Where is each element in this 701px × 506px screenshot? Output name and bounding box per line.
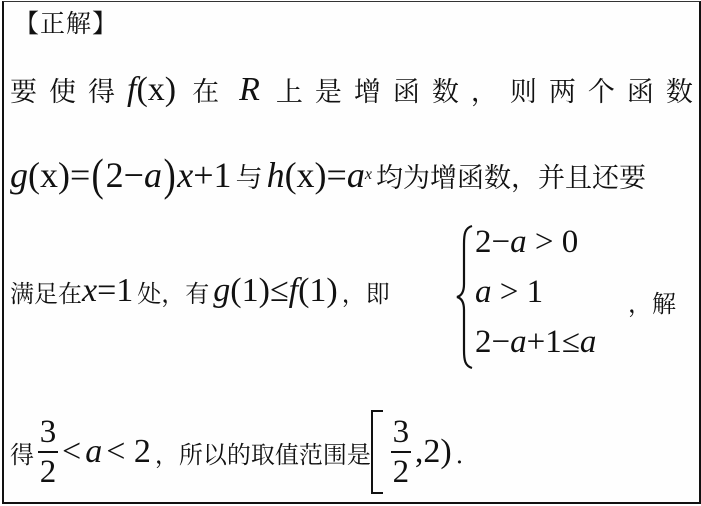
math: a [85, 433, 102, 471]
math: = [70, 154, 90, 196]
math: ( [92, 152, 104, 198]
system-row: 2−a > 0 [475, 224, 578, 261]
math: +1 [193, 154, 231, 196]
math: < [62, 433, 81, 471]
text: ， [471, 70, 498, 109]
math: a [347, 154, 365, 196]
math: (1) [298, 272, 338, 310]
system-row: 2−a+1≤a [475, 324, 596, 361]
math-f: f [127, 71, 136, 109]
math: x [177, 154, 193, 196]
math: g [213, 272, 230, 310]
text: ，即 [342, 274, 390, 309]
solution-heading: 【正解】 [14, 4, 118, 40]
math: (x) [28, 154, 70, 196]
math: f [289, 272, 298, 310]
math: 2− [106, 154, 144, 196]
math: h [267, 154, 285, 196]
math: (1) [230, 272, 270, 310]
text: 在 [192, 70, 219, 109]
text: 使 [49, 70, 76, 109]
text: 则 [510, 70, 537, 109]
text: 函 [393, 70, 420, 109]
math-g: g [10, 154, 28, 196]
math: a [144, 154, 162, 196]
math: = [327, 154, 347, 196]
math: < 2 [106, 433, 151, 471]
line-2: g (x) = ( 2− a ) x +1 与 h (x) = a x 均为增函… [10, 152, 646, 198]
text: 函 [627, 70, 654, 109]
left-brace-icon [455, 224, 475, 370]
fraction: 3 2 [38, 413, 58, 491]
text: 得 [10, 435, 34, 470]
system-row: a > 1 [475, 274, 543, 311]
text: 要 [10, 70, 37, 109]
text: 增 [354, 70, 381, 109]
text: 得 [88, 70, 115, 109]
text: 处，有 [137, 274, 209, 309]
line-1: 要 使 得 f (x) 在 R 上 是 增 函 数 ， 则 两 个 函 数 [10, 70, 701, 109]
text: 两 [549, 70, 576, 109]
math: x [82, 272, 97, 310]
line-3: 满足在 x =1 处，有 g (1) ≤ f (1) ，即 [10, 272, 390, 310]
math-exponent: x [365, 166, 372, 184]
text: 数 [432, 70, 459, 109]
line-4: 得 3 2 < a < 2 ，所以的取值范围是 3 2 ,2) ． [10, 410, 480, 494]
math: =1 [97, 272, 133, 310]
text: 数 [666, 70, 693, 109]
math: ,2) [415, 433, 452, 471]
text: 满足在 [10, 274, 82, 309]
fraction: 3 2 [391, 413, 411, 491]
math: (x) [285, 154, 327, 196]
left-bracket [371, 410, 383, 494]
text: 与 [236, 156, 263, 195]
math: ) [163, 152, 175, 198]
text: 均为增函数，并且还要 [376, 156, 646, 195]
math-R: R [239, 71, 260, 109]
text: 上 [276, 70, 303, 109]
math-fx: (x) [136, 71, 176, 109]
text: ． [456, 435, 480, 470]
math: ≤ [270, 272, 289, 310]
text: ，解 [628, 284, 676, 319]
text: 个 [588, 70, 615, 109]
text: 是 [315, 70, 342, 109]
text: ，所以的取值范围是 [155, 435, 371, 470]
